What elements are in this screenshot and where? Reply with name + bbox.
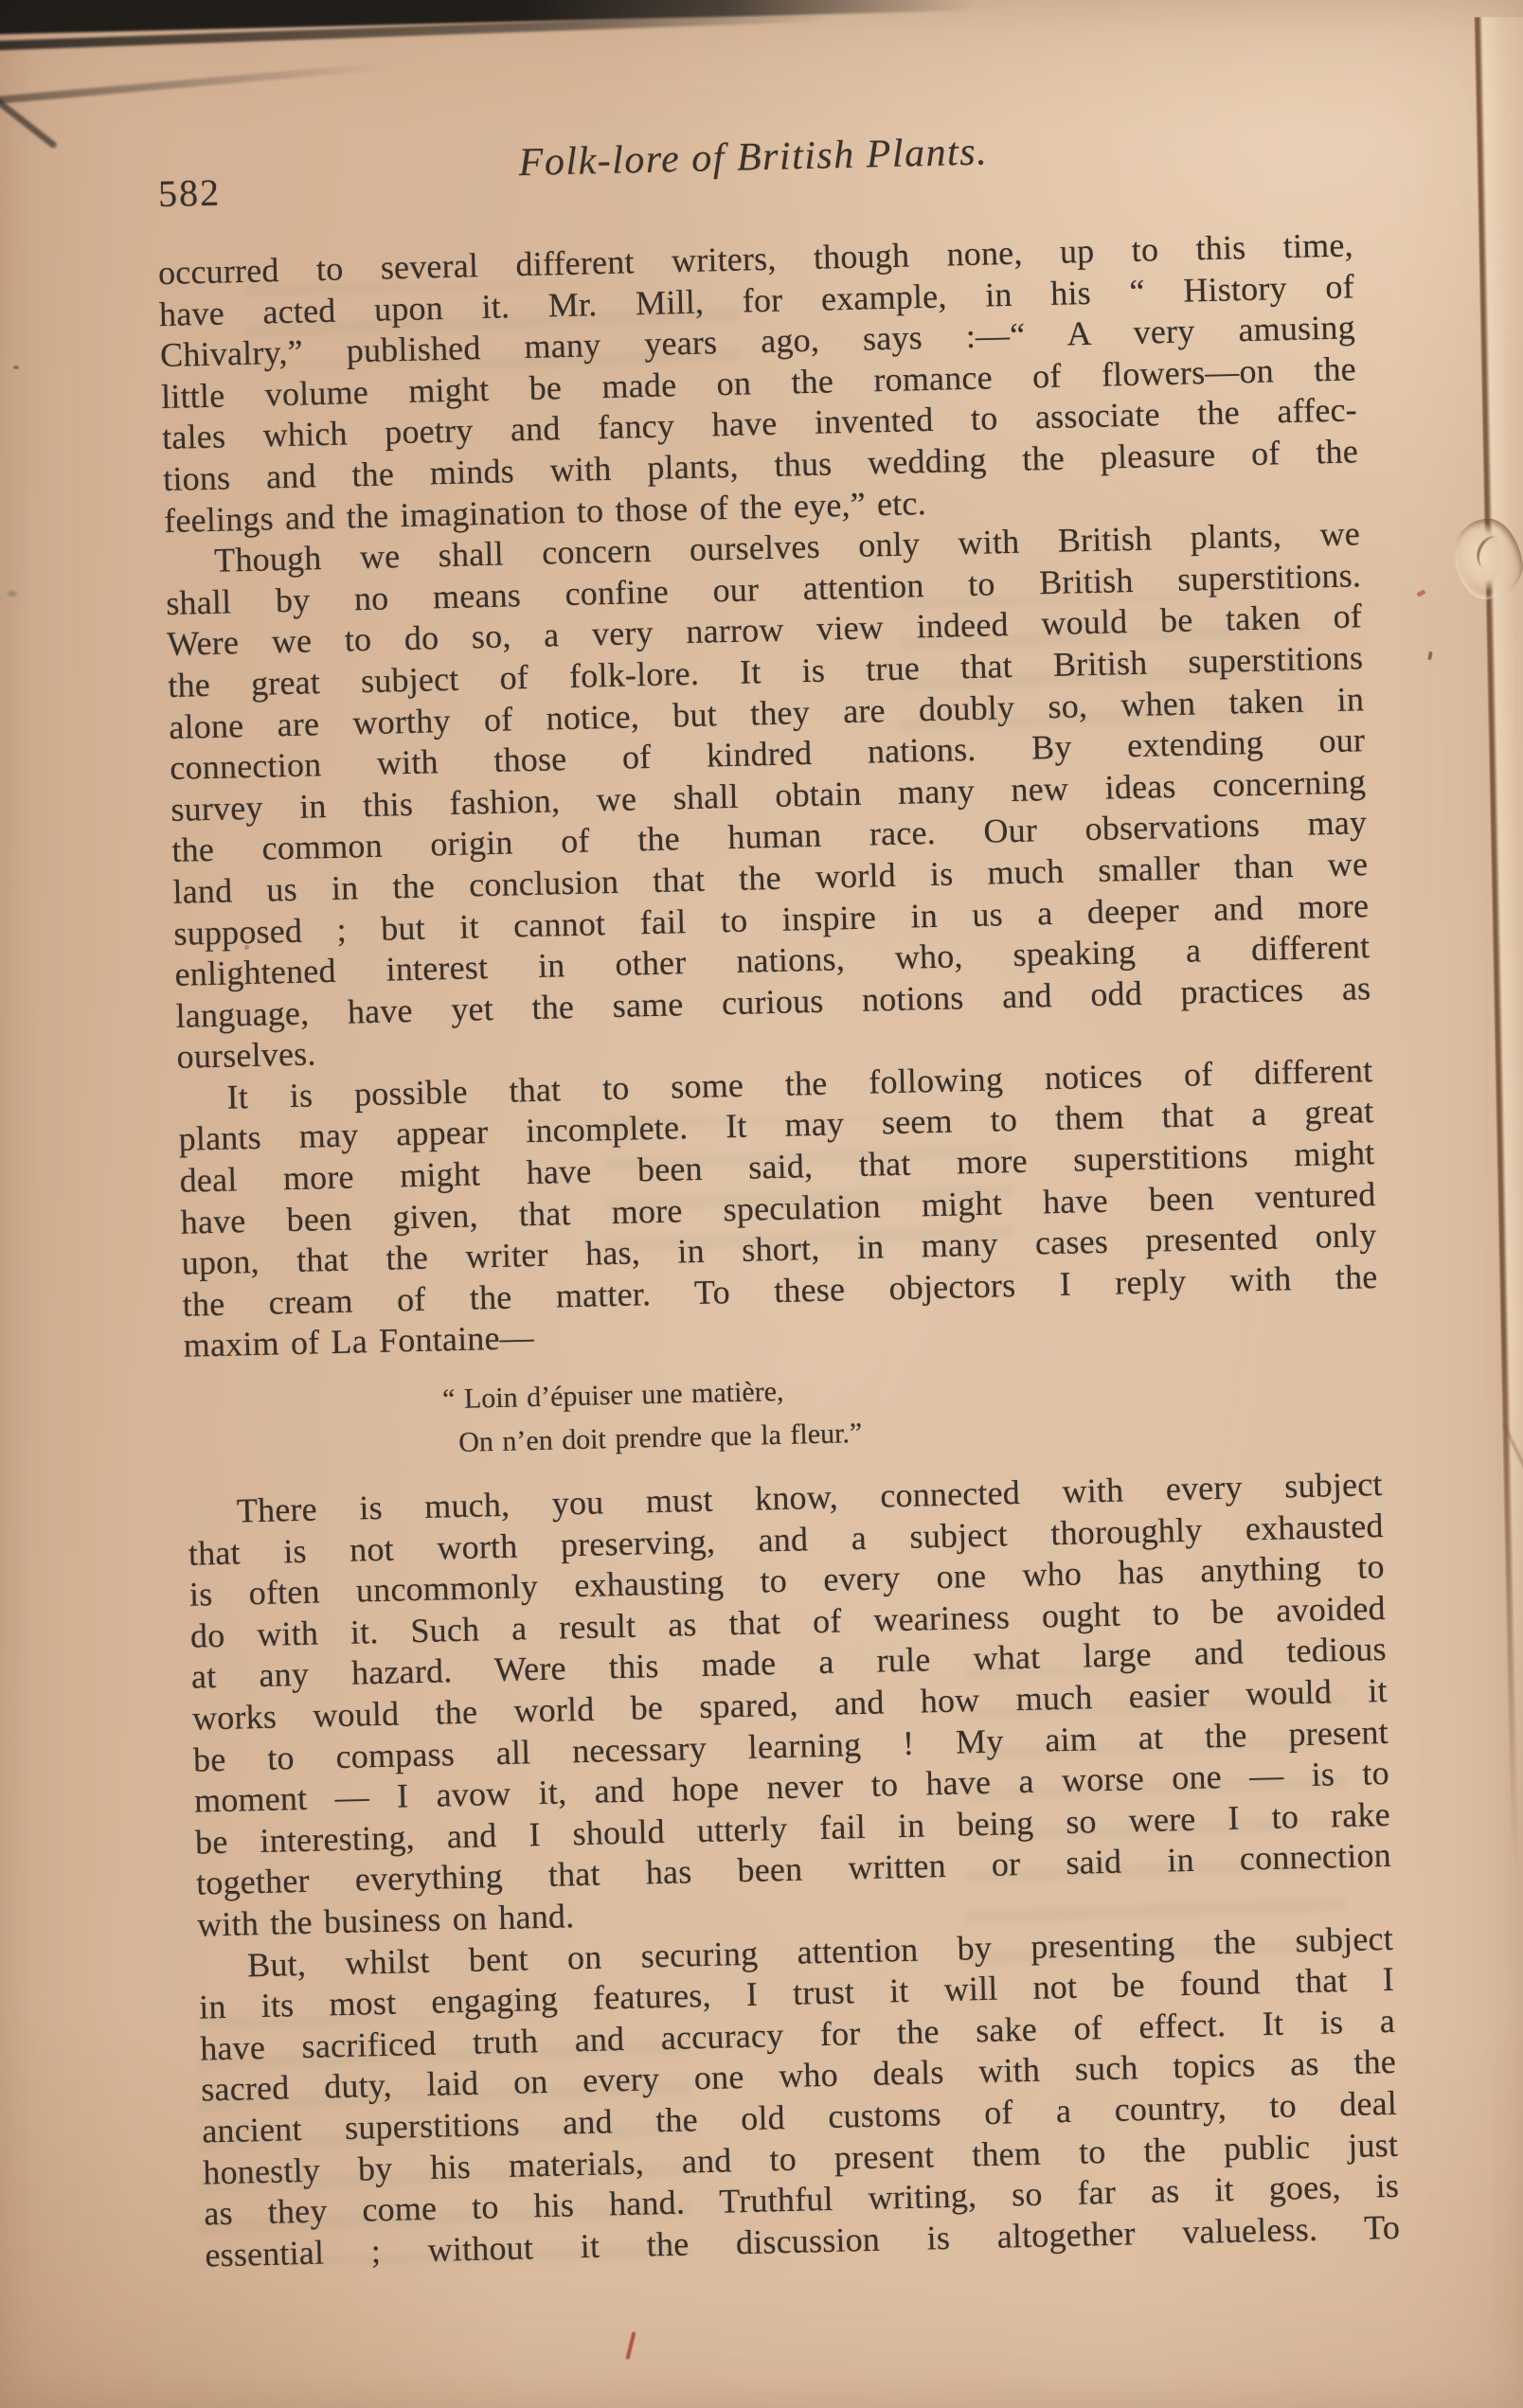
paragraph: occurred to several different writers, t… bbox=[158, 224, 1360, 542]
red-ink-speck bbox=[1416, 589, 1425, 598]
dust-speck bbox=[1427, 651, 1433, 661]
page-edge-crease bbox=[1474, 17, 1523, 1901]
red-ink-mark bbox=[625, 2331, 636, 2360]
paragraph: There is much, you must know, connected … bbox=[187, 1464, 1392, 1946]
page-header: 582 Folk-lore of British Plants. bbox=[155, 120, 1352, 209]
dust-speck bbox=[13, 366, 19, 369]
text-column: occurred to several different writers, t… bbox=[158, 224, 1401, 2275]
paragraph: It is possible that to some the followin… bbox=[177, 1050, 1379, 1367]
running-title: Folk-lore of British Plants. bbox=[155, 120, 1352, 194]
paragraph: Though we shall concern ourselves only w… bbox=[165, 513, 1372, 1078]
top-edge-streak-faint bbox=[0, 62, 393, 104]
scanned-book-page: 582 Folk-lore of British Plants. occurre… bbox=[0, 0, 1523, 2408]
dust-speck bbox=[8, 591, 17, 597]
printed-text-block: 582 Folk-lore of British Plants. occurre… bbox=[155, 120, 1401, 2275]
paragraph: But, whilst bent on securing attention b… bbox=[198, 1917, 1401, 2275]
verse-quote: “ Loin d’épuiser une matière,On n’en doi… bbox=[442, 1356, 1382, 1465]
page-number: 582 bbox=[158, 170, 222, 217]
